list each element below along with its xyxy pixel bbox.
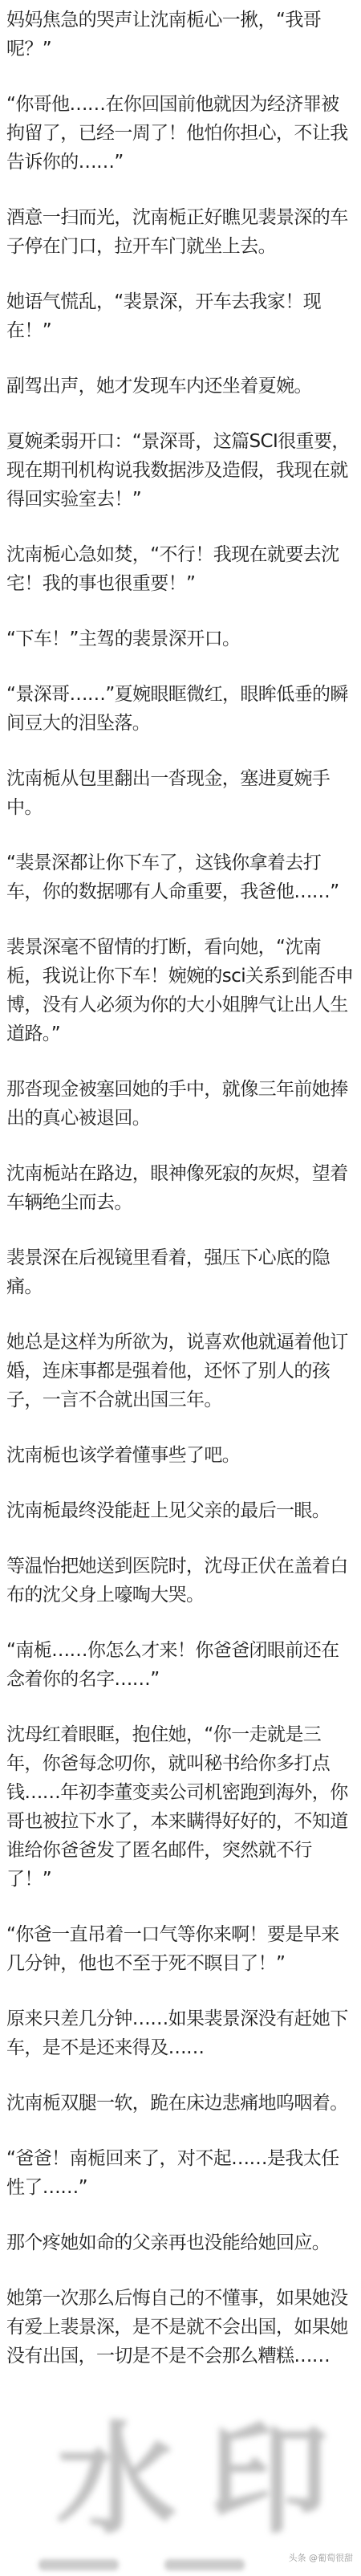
paragraph: “你哥他……在你回国前他就因为经济罪被拘留了，已经一周了！他怕你担心，不让我告诉… [6,90,355,177]
paragraph: 沈南栀心急如焚，“不行！我现在就要去沈宅！我的事也很重要！” [6,540,355,598]
paragraph: 等温怡把她送到医院时，沈母正伏在盖着白布的沈父身上嚎啕大哭。 [6,1552,355,1609]
paragraph: 裴景深毫不留情的打断，看向她，“沈南栀，我说让你下车！婉婉的sci关系到能否申博… [6,933,355,1048]
paragraph: 那沓现金被塞回她的手中，就像三年前她捧出的真心被退回。 [6,1075,355,1133]
paragraph: “下车！”主驾的裴景深开口。 [6,625,355,653]
article-body: 妈妈焦急的哭声让沈南栀心一揪，“我哥呢？” “你哥他……在你回国前他就因为经济罪… [0,6,361,2397]
paragraph: 她第一次那么后悔自己的不懂事，如果她没有爱上裴景深，是不是就不会出国，如果她没有… [6,2284,355,2370]
paragraph: 妈妈焦急的哭声让沈南栀心一揪，“我哥呢？” [6,6,355,63]
watermark: 水印 [56,2412,321,2549]
paragraph: 沈南栀最终没能赶上见父亲的最后一眼。 [6,1496,355,1525]
paragraph: 沈南栀双腿一软，跪在床边悲痛地呜咽着。 [6,2089,355,2118]
paragraph: 沈南栀从包里翻出一沓现金，塞进夏婉手中。 [6,764,355,822]
paragraph: 沈南栀也该学着懂事些了吧。 [6,1441,355,1470]
paragraph: “你爸一直吊着一口气等你来啊！要是早来几分钟，他也不至于死不瞑目了！” [6,1920,355,1978]
paragraph: “裴景深都让你下车了，这钱你拿着去打车，你的数据哪有人命重要，我爸他……” [6,848,355,906]
paragraph: 她语气慌乱，“裴景深，开车去我家！现在！” [6,287,355,345]
paragraph: “景深哥……”夏婉眼眶微红，眼眸低垂的瞬间豆大的泪坠落。 [6,680,355,738]
blurred-watermark-strip [39,2559,119,2570]
paragraph: 她总是这样为所欲为，说喜欢他就逼着他订婚，连床事都是强着他，还怀了别人的孩子，一… [6,1328,355,1414]
paragraph: 那个疼她如命的父亲再也没能给她回应。 [6,2228,355,2257]
paragraph: “爸爸！南栀回来了，对不起……是我太任性了……” [6,2144,355,2202]
paragraph: 副驾出声，她才发现车内还坐着夏婉。 [6,372,355,401]
paragraph: “南栀……你怎么才来！你爸爸闭眼前还在念着你的名字……” [6,1636,355,1694]
paragraph: 夏婉柔弱开口：“景深哥，这篇SCI很重要，现在期刊机构说我数据涉及造假，我现在就… [6,427,355,514]
blurred-watermark-strip [164,2559,245,2570]
paragraph: 沈南栀站在路边，眼神像死寂的灰烬，望着车辆绝尘而去。 [6,1159,355,1217]
paragraph: 酒意一扫而光，沈南栀正好瞧见裴景深的车子停在门口，拉开车门就坐上去。 [6,203,355,261]
paragraph: 原来只差几分钟……如果裴景深没有赶她下车，是不是还来得及…… [6,2004,355,2062]
source-credit: 头条 @葡萄很甜 [289,2551,354,2564]
paragraph: 裴景深在后视镜里看着，强压下心底的隐痛。 [6,1243,355,1301]
paragraph: 沈母红着眼眶，抱住她，“你一走就是三年，你爸每念叨你，就叫秘书给你多打点钱……年… [6,1720,355,1894]
